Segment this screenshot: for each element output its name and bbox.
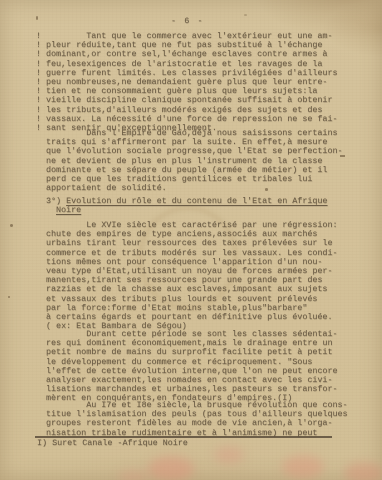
ink-speck [36,16,38,20]
pink-paper-stain [344,462,382,480]
paragraph-1: Tant que le commerce avec l'extérieur eu… [46,32,338,133]
pink-paper-stain [148,456,194,480]
footnote-text: I) Suret Canale -Afrique Noire [37,439,188,448]
section-heading-title-line-2: Noire [56,205,81,215]
section-heading: 3°) Evolution du rôle et du contenu de l… [46,197,327,215]
page-number: - 6 - [171,17,204,26]
ink-speck [265,188,268,191]
pink-paper-stain [118,470,148,480]
paragraph-4: Durant cette période se sont les classes… [46,330,338,404]
section-heading-title-line-1: Evolution du rôle et du contenu de l'Eta… [66,196,327,206]
scanned-document-page: - 6 - ! ! ! ! ! ! ! ! ! ! ! Tant que le … [0,0,382,480]
paragraph-5: Au I7e et I8e siècle,la brusque révoluti… [46,401,348,438]
ink-speck [8,296,10,298]
ink-speck [340,155,345,157]
pink-paper-stain [214,446,244,464]
paragraph-2: Dans l'Empire de Gao,déjà nous saisisson… [46,129,343,193]
ink-speck [244,14,247,16]
paragraph-3: Le XVIe siècle est caractérisé par une r… [46,221,338,331]
margin-emphasis-marks: ! ! ! ! ! ! ! ! ! ! ! [36,32,41,133]
pink-paper-stain [282,455,324,479]
ink-speck [10,224,13,227]
